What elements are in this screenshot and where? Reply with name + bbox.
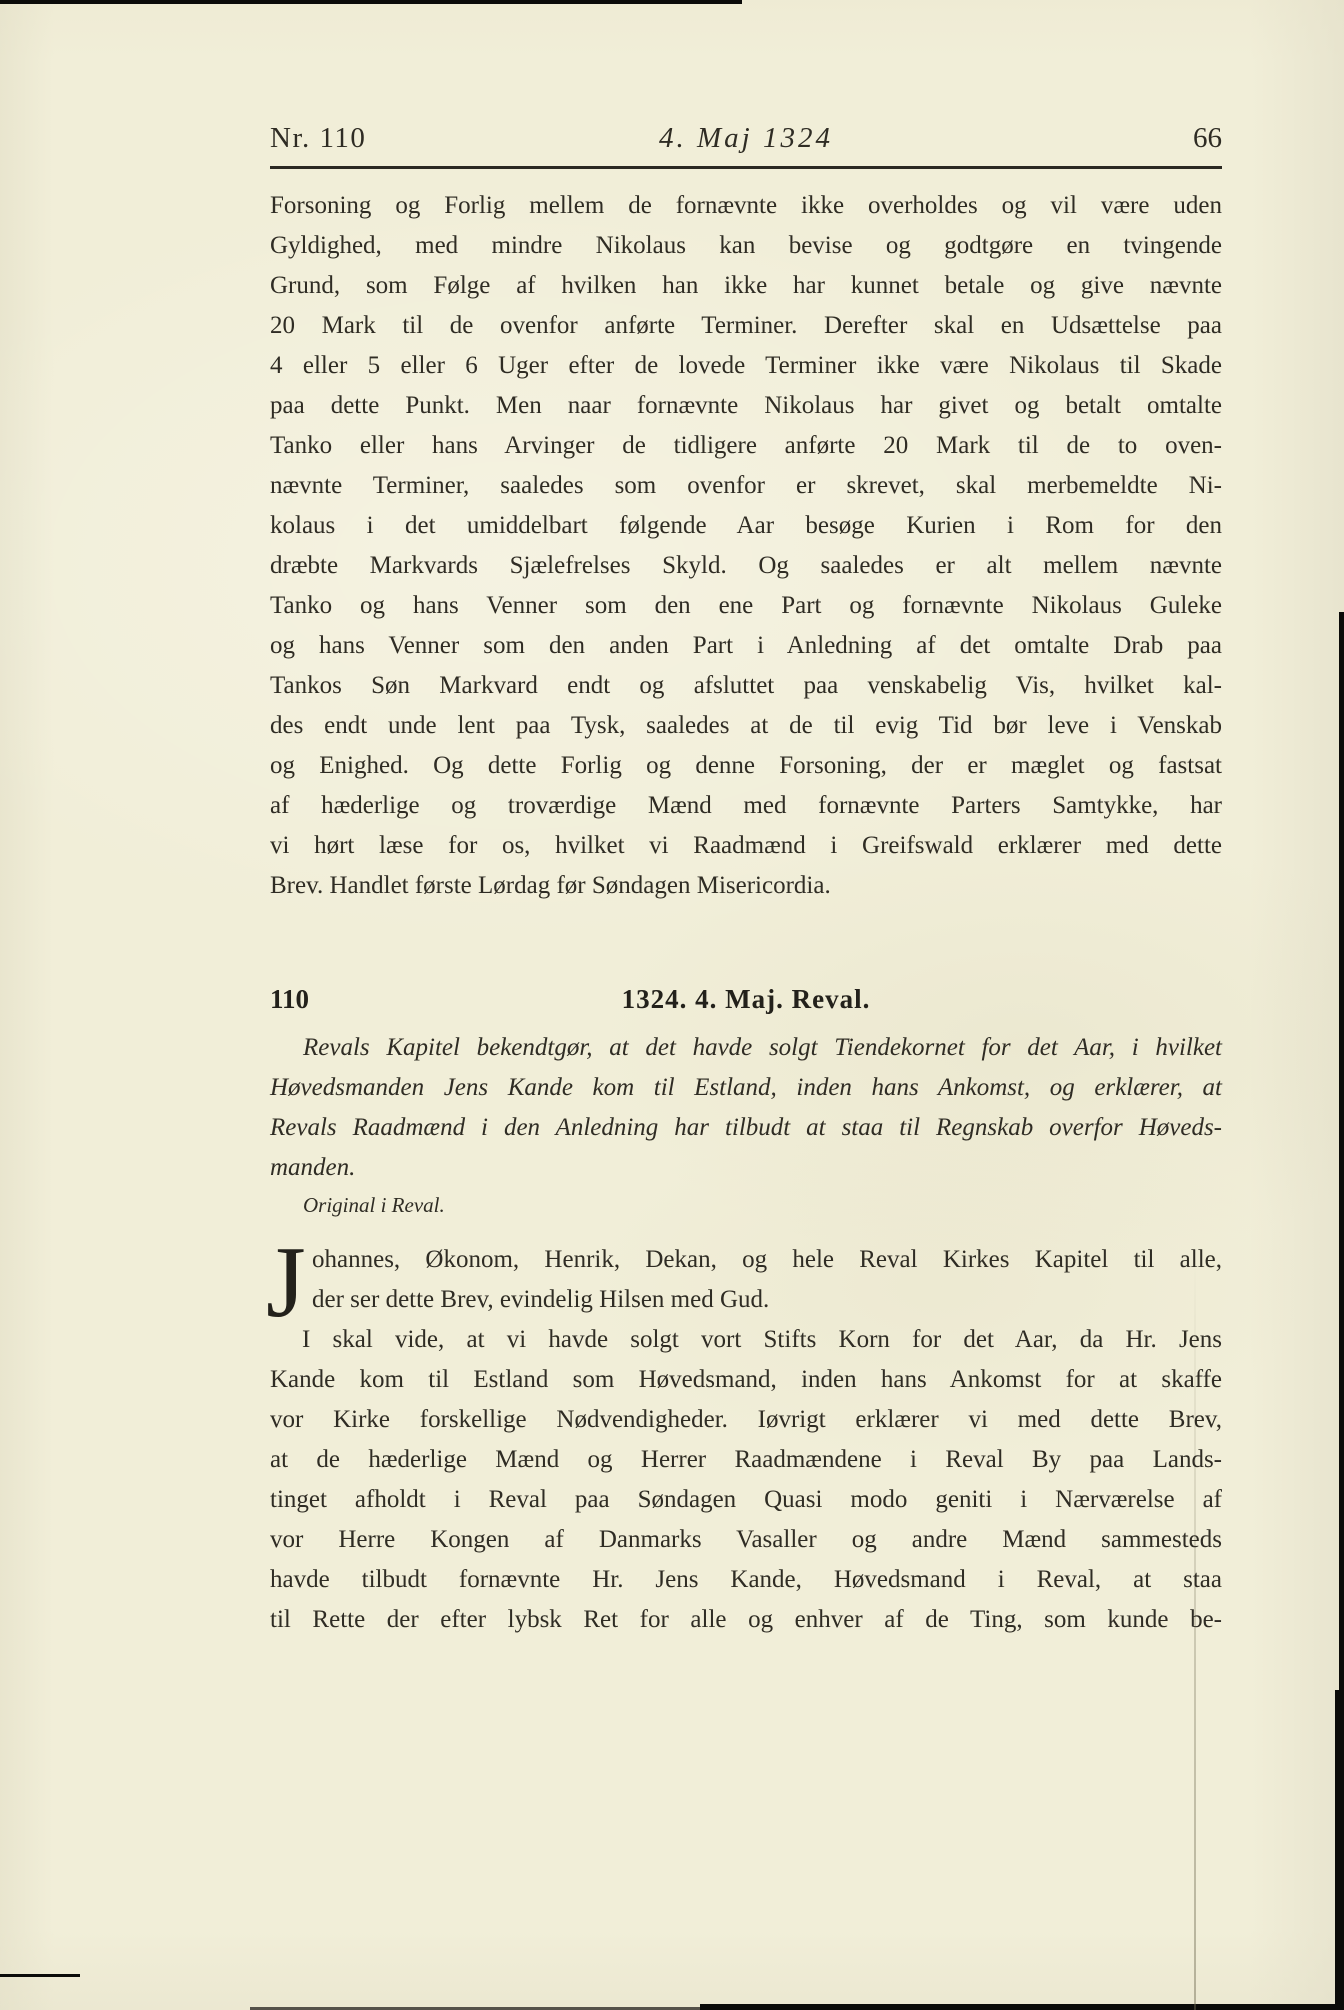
- section-title: 1324. 4. Maj. Reval.: [270, 984, 1222, 1015]
- summary-line: Høvedsmanden Jens Kande kom til Estland,…: [270, 1068, 1222, 1108]
- document-date-header: 4. Maj 1324: [270, 122, 1222, 155]
- summary-line: Revals Kapitel bekendtgør, at det havde …: [270, 1028, 1222, 1068]
- scan-edge-bottom-dark: [700, 2004, 1344, 2010]
- scan-edge-top: [0, 0, 742, 4]
- summary-line: manden.: [270, 1148, 1222, 1188]
- text-line: des endt unde lent paa Tysk, saaledes at…: [270, 706, 1222, 746]
- letter-opening-line: ohannes, Økonom, Henrik, Dekan, og hele …: [312, 1240, 1222, 1280]
- paragraph-forsoning: Forsoning og Forlig mellem de fornævnte …: [270, 186, 1222, 906]
- source-note: Original i Reval.: [303, 1193, 445, 1218]
- letter-body-line: at de hæderlige Mænd og Herrer Raadmænde…: [270, 1440, 1222, 1480]
- letter-opening: J ohannes, Økonom, Henrik, Dekan, og hel…: [270, 1240, 1222, 1320]
- scanned-book-page: Nr. 110 4. Maj 1324 66 Forsoning og Forl…: [0, 0, 1344, 2010]
- scan-mark-left: [0, 1974, 80, 1977]
- page-number: 66: [1193, 122, 1222, 155]
- text-line: 20 Mark til de ovenfor anførte Terminer.…: [270, 306, 1222, 346]
- text-line: Tankos Søn Markvard endt og afsluttet pa…: [270, 666, 1222, 706]
- text-line: vi hørt læse for os, hvilket vi Raadmænd…: [270, 826, 1222, 866]
- text-line: paa dette Punkt. Men naar fornævnte Niko…: [270, 386, 1222, 426]
- letter-body-line: til Rette der efter lybsk Ret for alle o…: [270, 1600, 1222, 1640]
- text-line: og Enighed. Og dette Forlig og denne For…: [270, 746, 1222, 786]
- text-line: Tanko eller hans Arvinger de tidligere a…: [270, 426, 1222, 466]
- text-line: af hæderlige og troværdige Mænd med forn…: [270, 786, 1222, 826]
- text-line: kolaus i det umiddelbart følgende Aar be…: [270, 506, 1222, 546]
- letter-body-line: tinget afholdt i Reval paa Søndagen Quas…: [270, 1480, 1222, 1520]
- summary-line: Revals Raadmænd i den Anledning har tilb…: [270, 1108, 1222, 1148]
- text-line: nævnte Terminer, saaledes som ovenfor er…: [270, 466, 1222, 506]
- letter-body-line: havde tilbudt fornævnte Hr. Jens Kande, …: [270, 1560, 1222, 1600]
- letter-body: I skal vide, at vi havde solgt vort Stif…: [270, 1320, 1222, 1640]
- page-header: Nr. 110 4. Maj 1324 66: [270, 122, 1222, 162]
- text-line: 4 eller 5 eller 6 Uger efter de lovede T…: [270, 346, 1222, 386]
- text-line: Tanko og hans Venner som den ene Part og…: [270, 586, 1222, 626]
- text-line: Gyldighed, med mindre Nikolaus kan bevis…: [270, 226, 1222, 266]
- text-line: Forsoning og Forlig mellem de fornævnte …: [270, 186, 1222, 226]
- text-line: Grund, som Følge af hvilken han ikke har…: [270, 266, 1222, 306]
- header-rule: [270, 166, 1222, 169]
- dropcap-initial: J: [266, 1232, 306, 1334]
- letter-body-line: I skal vide, at vi havde solgt vort Stif…: [270, 1320, 1222, 1360]
- letter-opening-lines: ohannes, Økonom, Henrik, Dekan, og hele …: [312, 1240, 1222, 1320]
- scan-edge-right-lower: [1335, 1690, 1344, 2010]
- summary-paragraph: Revals Kapitel bekendtgør, at det havde …: [270, 1028, 1222, 1188]
- text-line: dræbte Markvards Sjælefrelses Skyld. Og …: [270, 546, 1222, 586]
- letter-body-line: vor Kirke forskellige Nødvendigheder. Iø…: [270, 1400, 1222, 1440]
- letter-body-line: Kande kom til Estland som Høvedsmand, in…: [270, 1360, 1222, 1400]
- section-heading: 110 1324. 4. Maj. Reval.: [270, 984, 1222, 1024]
- letter-body-line: vor Herre Kongen af Danmarks Vasaller og…: [270, 1520, 1222, 1560]
- text-line: Brev. Handlet første Lørdag før Søndagen…: [270, 866, 1222, 906]
- text-line: og hans Venner som den anden Part i Anle…: [270, 626, 1222, 666]
- letter-opening-line: der ser dette Brev, evindelig Hilsen med…: [312, 1280, 1222, 1320]
